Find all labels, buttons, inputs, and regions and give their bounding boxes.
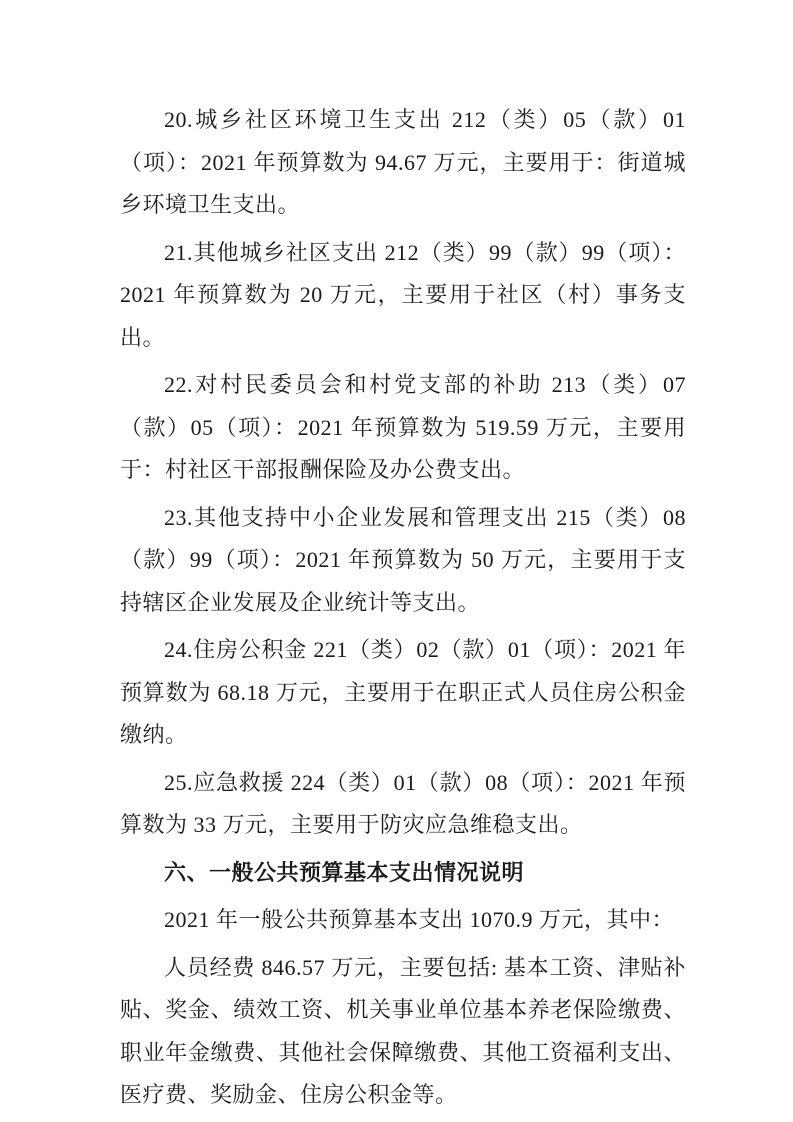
body-paragraph: 20.城乡社区环境卫生支出 212（类）05（款）01（项）：2021 年预算数…	[120, 99, 686, 227]
section-heading: 六、一般公共预算基本支出情况说明	[120, 852, 686, 895]
body-paragraph: 21.其他城乡社区支出 212（类）99（款）99（项）：2021 年预算数为 …	[120, 232, 686, 360]
document-body: 20.城乡社区环境卫生支出 212（类）05（款）01（项）：2021 年预算数…	[120, 99, 686, 1122]
body-paragraph: 25.应急救援 224（类）01（款）08（项）：2021 年预算数为 33 万…	[120, 762, 686, 847]
body-paragraph: 23.其他支持中小企业发展和管理支出 215（类）08（款）99（项）：2021…	[120, 497, 686, 625]
page-footer: 8	[0, 1038, 793, 1056]
body-paragraph: 2021 年一般公共预算基本支出 1070.9 万元，其中：	[120, 899, 686, 942]
document-page: 20.城乡社区环境卫生支出 212（类）05（款）01（项）：2021 年预算数…	[0, 0, 793, 1122]
body-paragraph: 22.对村民委员会和村党支部的补助 213（类）07（款）05（项）：2021 …	[120, 364, 686, 492]
body-paragraph: 24.住房公积金 221（类）02（款）01（项）：2021 年预算数为 68.…	[120, 629, 686, 757]
body-paragraph: 人员经费 846.57 万元，主要包括: 基本工资、津贴补贴、奖金、绩效工资、机…	[120, 947, 686, 1117]
page-number: 8	[393, 1040, 400, 1055]
